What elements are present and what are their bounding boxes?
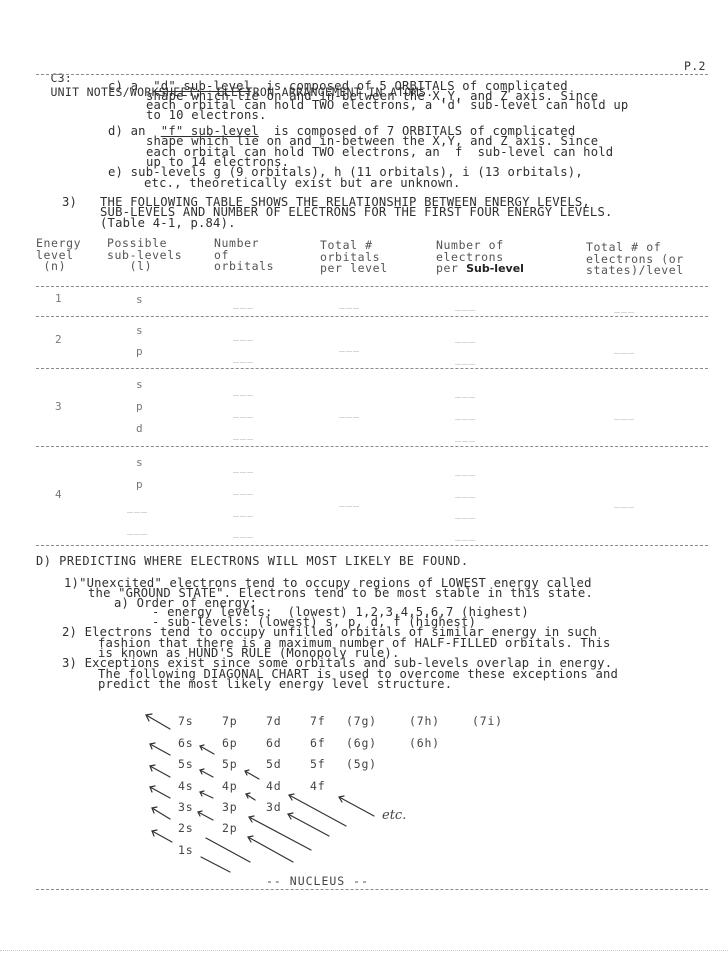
- arrow-icon: [146, 714, 170, 729]
- arrow-icon: [200, 745, 214, 754]
- diagonal-arrows-icon: [0, 0, 728, 963]
- arrow-icon: [248, 836, 293, 862]
- arrow-icon: [200, 769, 213, 777]
- arrow-icon: [289, 794, 346, 826]
- arrow-icon: [206, 838, 250, 862]
- bottom-divider: [36, 889, 708, 890]
- arrow-icon: [200, 791, 213, 798]
- arrow-icon: [150, 786, 170, 798]
- arrow-icon: [245, 770, 259, 779]
- arrow-icon: [152, 807, 170, 819]
- arrow-icon: [339, 796, 374, 816]
- arrow-icon: [246, 793, 255, 800]
- arrow-icon: [150, 743, 170, 755]
- arrow-icon: [201, 857, 230, 872]
- scan-edge: [0, 950, 728, 951]
- arrow-icon: [150, 765, 170, 777]
- arrow-icon: [288, 813, 329, 836]
- arrow-icon: [152, 830, 172, 842]
- arrow-icon: [198, 811, 213, 820]
